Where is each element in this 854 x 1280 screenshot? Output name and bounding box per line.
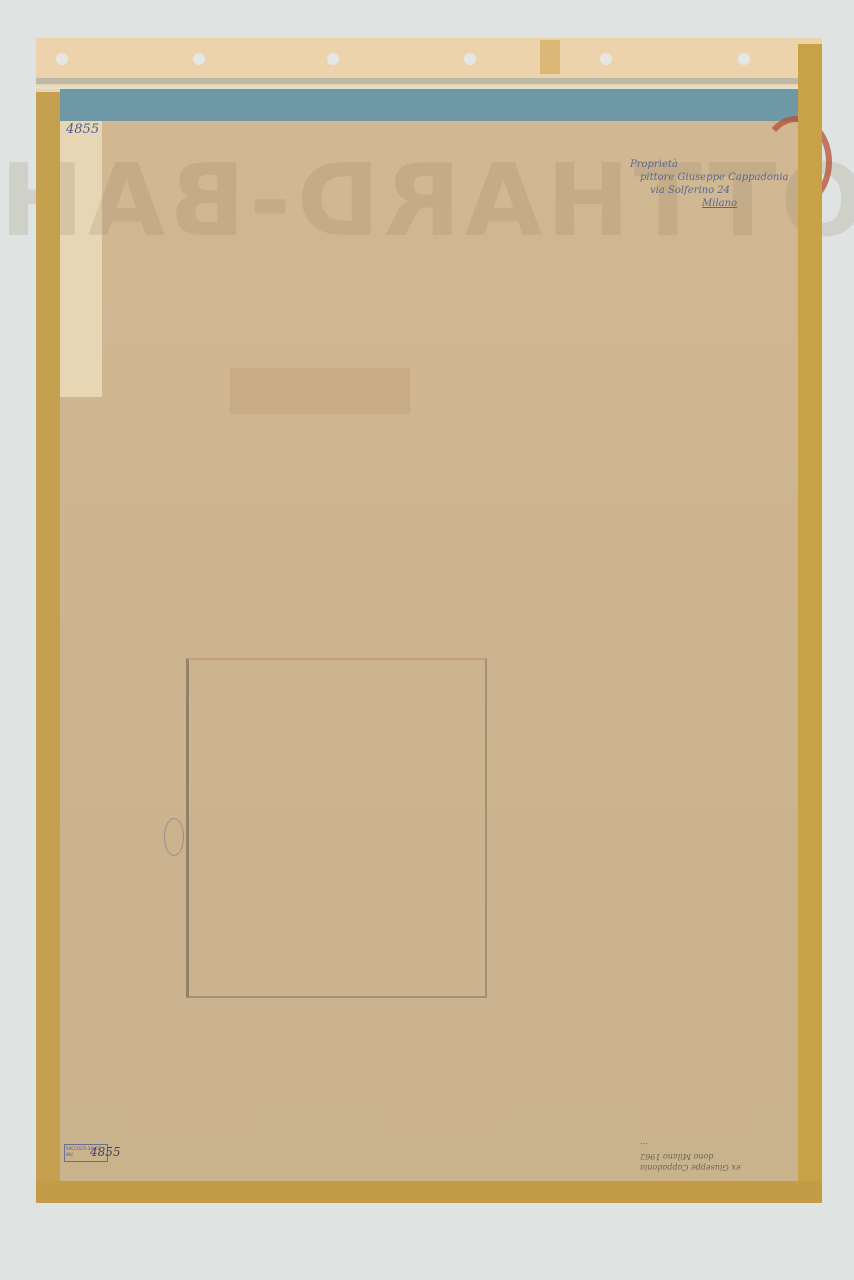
owner-note-line: via Solferino 24 (630, 184, 790, 197)
punch-hole (738, 53, 750, 65)
punch-hole (600, 53, 612, 65)
owner-note-line: Proprietà (630, 158, 790, 171)
owner-note: Proprietà pittore Giuseppe Cappadonia vi… (630, 158, 790, 210)
bottom-note-line: ex Giuseppe Cappadonia (640, 1162, 780, 1173)
show-through-block (230, 368, 410, 414)
punch-hole (327, 53, 339, 65)
inventory-number: 4855 (66, 122, 99, 137)
stamp-number: 4855 (90, 1145, 121, 1159)
bottom-note-line: ... (640, 1140, 780, 1151)
punch-hole (193, 53, 205, 65)
punch-hole (56, 53, 68, 65)
bottom-note-line: dono Milano 1962 (640, 1151, 780, 1162)
tape-left (36, 92, 60, 1202)
top-mounting-strip (36, 38, 822, 82)
blue-tape-band (60, 89, 822, 121)
bottom-note: ex Giuseppe Cappadonia dono Milano 1962 … (640, 1140, 780, 1173)
show-through-frame (186, 658, 487, 998)
owner-note-line: Milano (630, 197, 790, 210)
paper-back (60, 121, 798, 1181)
punch-hole (464, 53, 476, 65)
tape-top (540, 40, 560, 74)
tape-bottom (36, 1181, 822, 1203)
grey-band (36, 78, 822, 84)
owner-note-line: pittore Giuseppe Cappadonia (630, 171, 790, 184)
tape-right (798, 44, 822, 1202)
oval-mark (164, 818, 184, 856)
